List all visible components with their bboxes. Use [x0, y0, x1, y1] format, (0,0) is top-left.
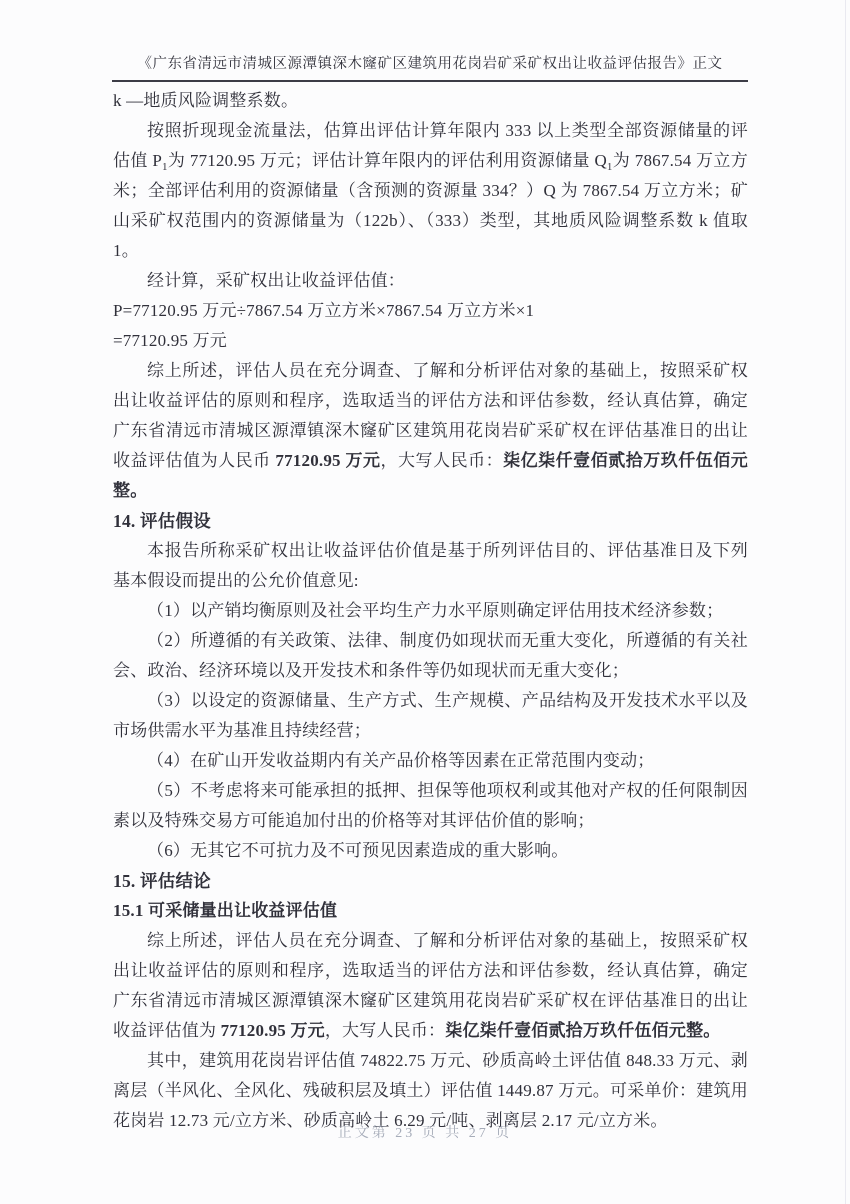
- text-run: 14. 评估假设: [113, 511, 211, 531]
- text-run: 经计算，采矿权出让收益评估值：: [147, 271, 405, 290]
- body-paragraph: 按照折现现金流量法，估算出评估计算年限内 333 以上类型全部资源储量的评估值 …: [113, 116, 748, 266]
- body-paragraph: （1）以产销均衡原则及社会平均生产力水平原则确定评估用技术经济参数；: [113, 596, 748, 626]
- body-paragraph: 本报告所称采矿权出让收益评估价值是基于所列评估目的、评估基准日及下列基本假设而提…: [113, 536, 748, 596]
- text-run: （1）以产销均衡原则及社会平均生产力水平原则确定评估用技术经济参数；: [147, 601, 723, 620]
- text-run: （2）所遵循的有关政策、法律、制度仍如现状而无重大变化，所遵循的有关社会、政治、…: [113, 631, 748, 680]
- text-run: 其中，建筑用花岗岩评估值 74822.75 万元、砂质高岭土评估值 848.33…: [113, 1051, 748, 1130]
- body-paragraph: 综上所述，评估人员在充分调查、了解和分析评估对象的基础上，按照采矿权出让收益评估…: [113, 926, 748, 1046]
- section-heading: 14. 评估假设: [113, 506, 748, 536]
- text-run: 15. 评估结论: [113, 871, 211, 891]
- text-run: （5）不考虑将来可能承担的抵押、担保等他项权利或其他对产权的任何限制因素以及特殊…: [113, 781, 748, 830]
- page-number-label: 正文第 23 页 共 27 页: [338, 1126, 513, 1141]
- text-run: （3）以设定的资源储量、生产方式、生产规模、产品结构及开发技术水平以及市场供需水…: [113, 691, 748, 740]
- emphasized-value: 柒亿柒仟壹佰贰拾万玖仟伍佰元整。: [445, 1021, 720, 1040]
- emphasized-value: 77120.95 万元: [221, 1021, 325, 1040]
- text-run: =77120.95 万元: [113, 331, 227, 350]
- text-run: 为 77120.95 万元；评估计算年限内的评估利用资源储量 Q: [168, 151, 607, 170]
- formula-line: P=77120.95 万元÷7867.54 万立方米×7867.54 万立方米×…: [113, 296, 748, 326]
- text-run: （6）无其它不可抗力及不可预见因素造成的重大影响。: [147, 841, 569, 860]
- text-run: P=77120.95 万元÷7867.54 万立方米×7867.54 万立方米×…: [113, 301, 534, 320]
- document-body: k —地质风险调整系数。按照折现现金流量法，估算出评估计算年限内 333 以上类…: [113, 86, 748, 1136]
- body-paragraph: 综上所述，评估人员在充分调查、了解和分析评估对象的基础上，按照采矿权出让收益评估…: [113, 356, 748, 506]
- body-paragraph: （2）所遵循的有关政策、法律、制度仍如现状而无重大变化，所遵循的有关社会、政治、…: [113, 626, 748, 686]
- section-heading: 15. 评估结论: [113, 866, 748, 896]
- text-run: ，大写人民币：: [325, 1021, 445, 1040]
- subsection-heading: 15.1 可采储量出让收益评估值: [113, 896, 748, 926]
- text-run: （4）在矿山开发收益期内有关产品价格等因素在正常范围内变动；: [147, 751, 655, 770]
- header-title: 《广东省清远市清城区源潭镇深木窿矿区建筑用花岗岩矿采矿权出让收益评估报告》正文: [138, 56, 723, 72]
- scan-edge-line: [845, 0, 846, 1204]
- body-paragraph: （5）不考虑将来可能承担的抵押、担保等他项权利或其他对产权的任何限制因素以及特殊…: [113, 776, 748, 836]
- emphasized-value: 77120.95 万元: [275, 451, 380, 470]
- body-paragraph: （6）无其它不可抗力及不可预见因素造成的重大影响。: [113, 836, 748, 866]
- text-run: ，大写人民币：: [381, 451, 504, 470]
- body-paragraph: 经计算，采矿权出让收益评估值：: [113, 266, 748, 296]
- page-footer: 正文第 23 页 共 27 页: [0, 1122, 850, 1142]
- body-paragraph: （4）在矿山开发收益期内有关产品价格等因素在正常范围内变动；: [113, 746, 748, 776]
- text-run: k —地质风险调整系数。: [113, 91, 298, 110]
- body-paragraph: （3）以设定的资源储量、生产方式、生产规模、产品结构及开发技术水平以及市场供需水…: [113, 686, 748, 746]
- text-run: 本报告所称采矿权出让收益评估价值是基于所列评估目的、评估基准日及下列基本假设而提…: [113, 541, 748, 590]
- definition-line: k —地质风险调整系数。: [113, 86, 748, 116]
- formula-line: =77120.95 万元: [113, 326, 748, 356]
- page-header: 《广东省清远市清城区源潭镇深木窿矿区建筑用花岗岩矿采矿权出让收益评估报告》正文: [112, 52, 748, 82]
- text-run: 15.1 可采储量出让收益评估值: [113, 901, 337, 920]
